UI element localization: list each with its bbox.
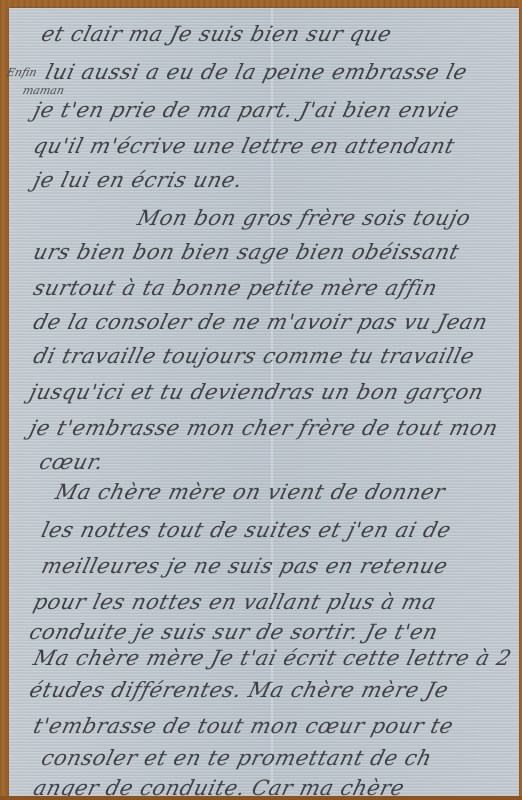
margin-note-maman: maman [21,84,65,97]
letter-line-8: surtout à ta bonne petite mère affin [31,276,522,300]
letter-line-19: Ma chère mère Je t'ai écrit cette lettre… [31,646,522,670]
letter-line-2: lui aussi a eu de la peine embrasse le [43,60,522,84]
wood-surface-edge [0,796,522,800]
letter-line-1: et clair ma Je suis bien sur que [39,22,522,46]
letter-line-16: meilleures je ne suis pas en retenue [39,554,522,578]
margin-note-enfin: Enfin [5,66,38,79]
letter-page: et clair ma Je suis bien sur que lui aus… [9,8,519,796]
letter-line-14: Ma chère mère on vient de donner [53,480,522,504]
letter-line-18: conduite je suis sur de sortir. Je t'en [27,620,522,644]
letter-line-6: Mon bon gros frère sois toujo [135,206,522,230]
letter-line-12: je t'embrasse mon cher frère de tout mon [27,416,522,440]
letter-line-21: t'embrasse de tout mon cœur pour te [31,714,522,738]
letter-line-4: qu'il m'écrive une lettre en attendant [31,134,522,158]
letter-line-22: consoler et en te promettant de ch [39,746,522,770]
letter-line-13: cœur. [37,450,522,474]
letter-line-3: je t'en prie de ma part. J'ai bien envie [31,98,522,122]
letter-line-20: études différentes. Ma chère mère Je [27,678,522,702]
letter-line-15: les nottes tout de suites et j'en ai de [39,518,522,542]
letter-line-10: di travaille toujours comme tu travaille [31,344,522,368]
letter-line-9: de la consoler de ne m'avoir pas vu Jean [31,310,522,334]
letter-line-5: je lui en écris une. [31,168,522,192]
letter-line-7: urs bien bon bien sage bien obéissant [31,240,522,264]
letter-line-11: jusqu'ici et tu deviendras un bon garçon [27,380,522,404]
letter-line-17: pour les nottes en vallant plus à ma [31,590,522,614]
